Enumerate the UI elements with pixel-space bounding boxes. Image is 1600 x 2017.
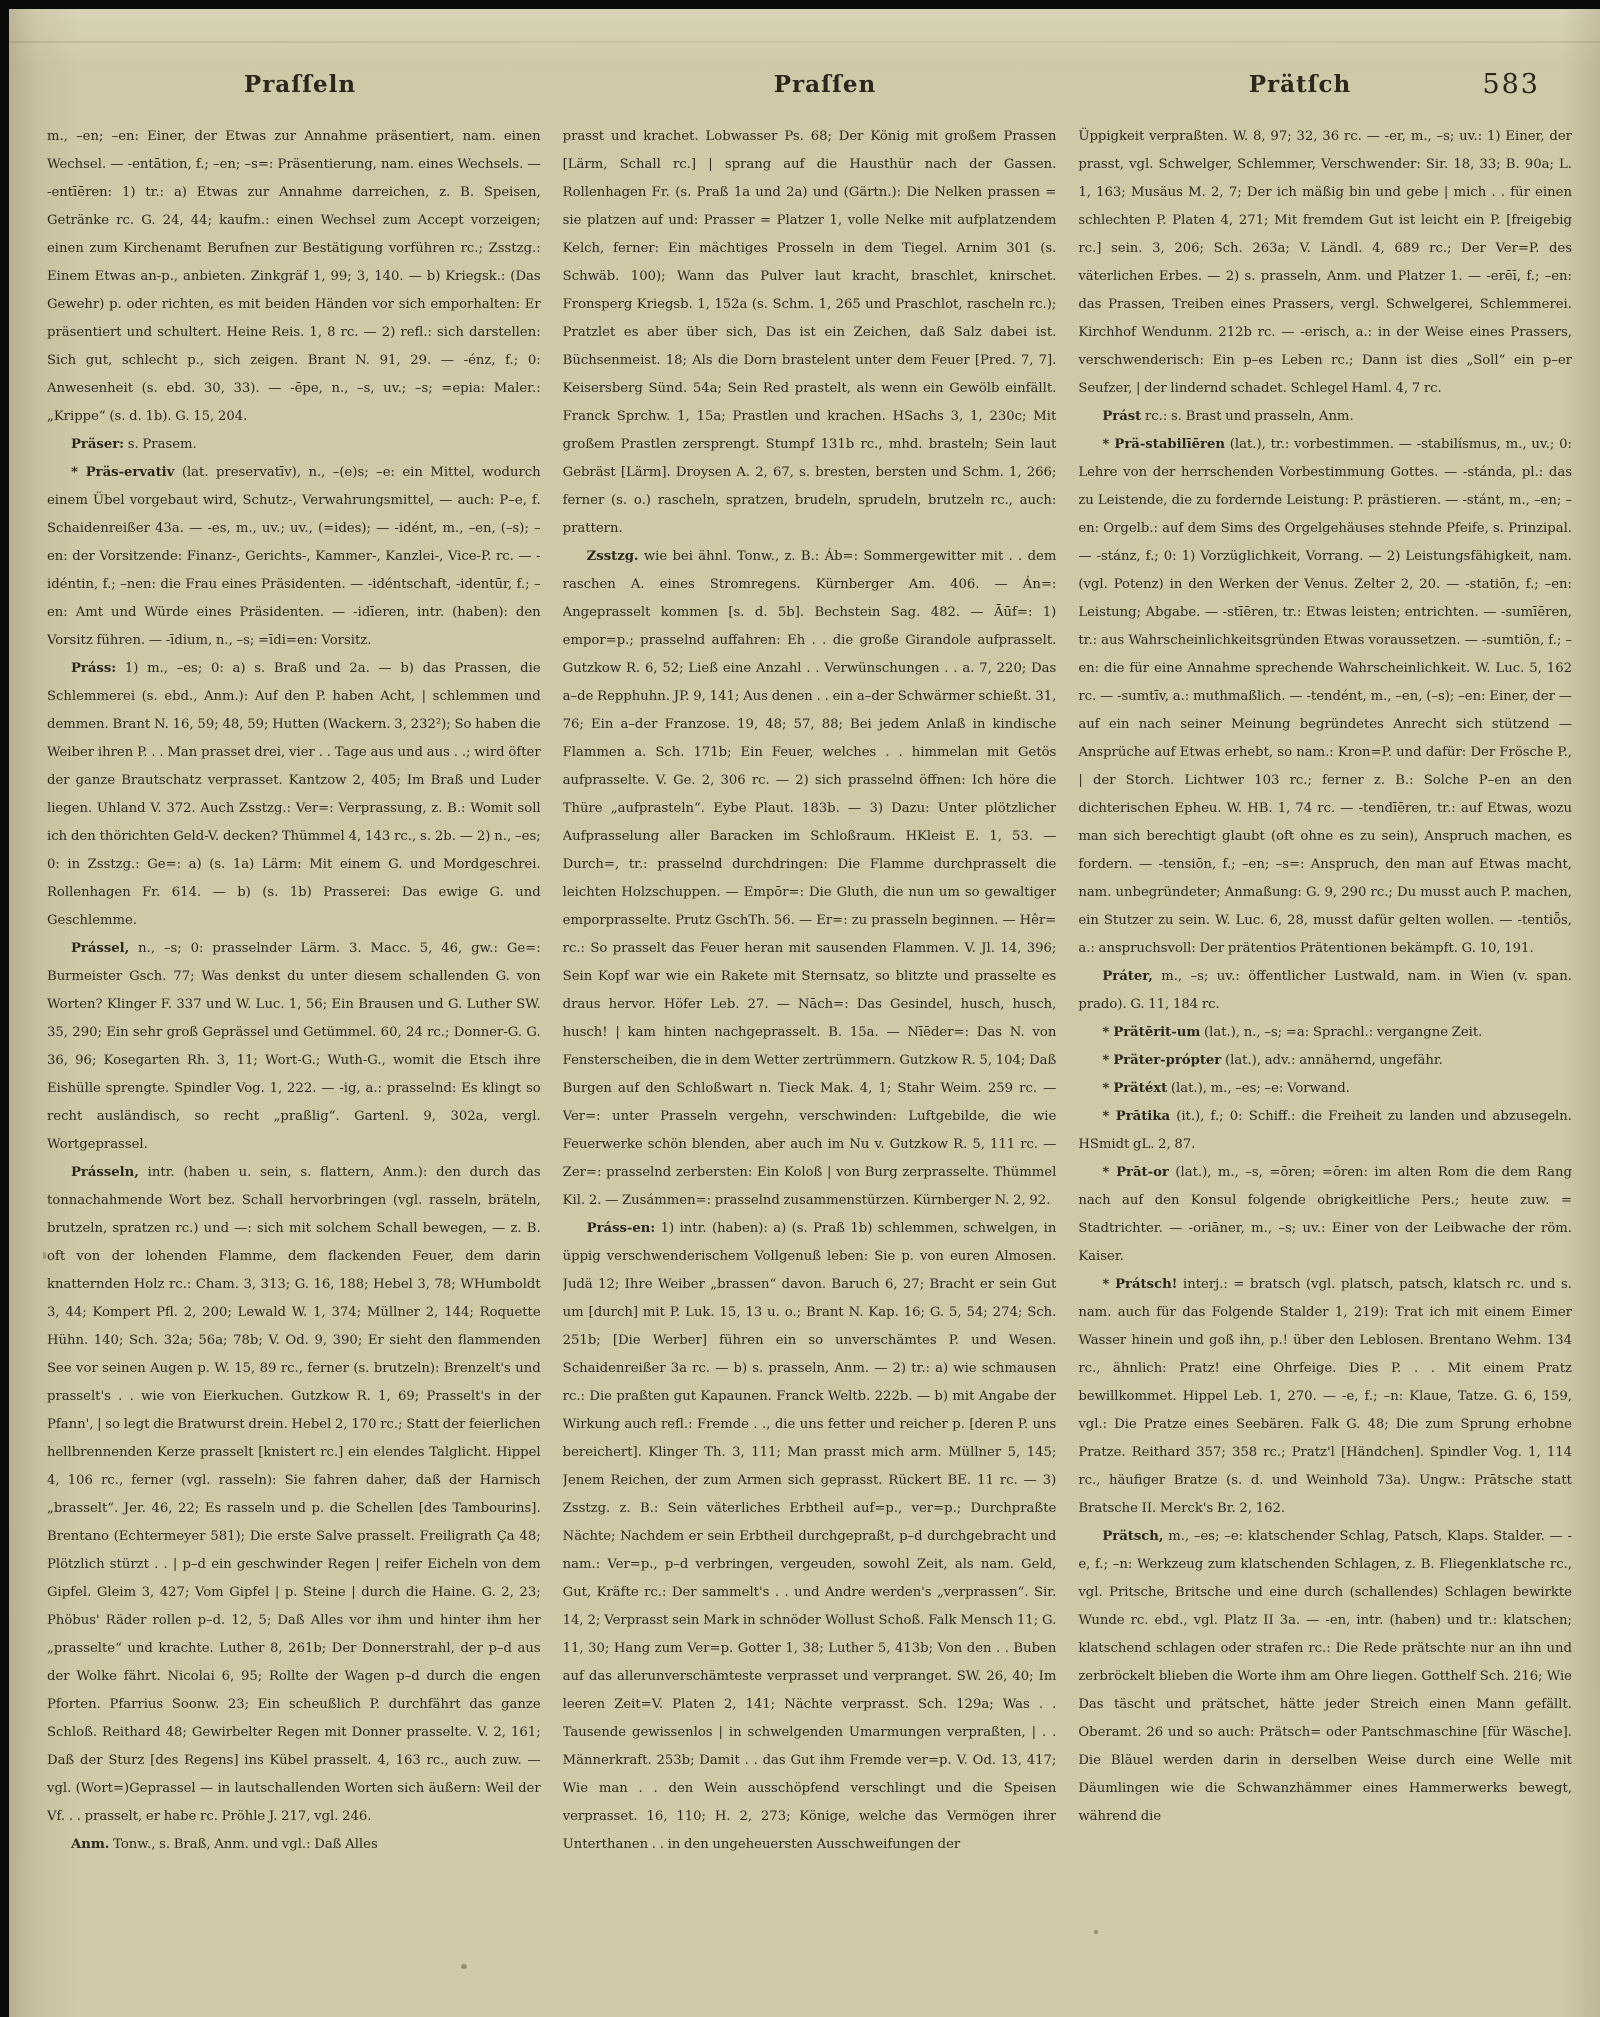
entry-headword: * Prāt-or bbox=[1102, 1165, 1175, 1180]
entry-headword: * Prátsch! bbox=[1102, 1277, 1183, 1292]
paragraph-text: (lat.), adv.: annähernd, ungefähr. bbox=[1225, 1053, 1443, 1068]
entry-headword: Práss-en: bbox=[587, 1221, 661, 1236]
paragraph-text: s. Prasem. bbox=[128, 437, 197, 452]
paragraph: Prätsch,m., –es; –e: klatschender Schlag… bbox=[1078, 1523, 1572, 1831]
entry-headword: * Präs-ervativ bbox=[71, 465, 182, 480]
text-column-2: prasst und krachet. Lobwasser Ps. 68; De… bbox=[563, 123, 1057, 1923]
paragraph: Práss:1) m., –es; 0: a) s. Braß und 2a. … bbox=[47, 655, 541, 935]
page-number: 583 bbox=[1482, 69, 1540, 100]
running-head-left: Praſſeln bbox=[244, 71, 356, 98]
paragraph: Prássel,n., –s; 0: prasselnder Lärm. 3. … bbox=[47, 935, 541, 1159]
entry-headword: Prást bbox=[1102, 409, 1145, 424]
paragraph-text: rc.: s. Brast und prasseln, Anm. bbox=[1145, 409, 1354, 424]
paragraph: Prásseln,intr. (haben u. sein, s. flatte… bbox=[47, 1159, 541, 1831]
paragraph: prasst und krachet. Lobwasser Ps. 68; De… bbox=[563, 123, 1057, 543]
scan-speck bbox=[43, 1252, 46, 1259]
running-head-center: Praſſen bbox=[774, 71, 876, 98]
paragraph-text: m., –es; –e: klatschender Schlag, Patsch… bbox=[1078, 1529, 1572, 1824]
text-column-3: Üppigkeit verpraßten. W. 8, 97; 32, 36 r… bbox=[1078, 123, 1572, 1923]
entry-headword: Anm. bbox=[71, 1837, 113, 1852]
entry-headword: Prássel, bbox=[71, 941, 138, 956]
paragraph-text: n., –s; 0: prasselnder Lärm. 3. Macc. 5,… bbox=[47, 941, 541, 1152]
paragraph-text: m., –en; –en: Einer, der Etwas zur Annah… bbox=[47, 129, 541, 424]
entry-headword: Prätsch, bbox=[1102, 1529, 1168, 1544]
paragraph-text: intr. (haben u. sein, s. flattern, Anm.)… bbox=[47, 1165, 541, 1824]
paragraph: * Prātika(it.), f.; 0: Schiff.: die Frei… bbox=[1078, 1103, 1572, 1159]
paragraph: * Prāt-or(lat.), m., –s, =ōren; =ōren: i… bbox=[1078, 1159, 1572, 1271]
paragraph: * Prä-stabilīēren(lat.), tr.: vorbestimm… bbox=[1078, 431, 1572, 963]
paragraph: Üppigkeit verpraßten. W. 8, 97; 32, 36 r… bbox=[1078, 123, 1572, 403]
paragraph: m., –en; –en: Einer, der Etwas zur Annah… bbox=[47, 123, 541, 431]
paragraph-text: 1) intr. (haben): a) (s. Praß 1b) schlem… bbox=[563, 1221, 1057, 1852]
scan-speck bbox=[461, 1964, 467, 1969]
paragraph: * Prätērit-um(lat.), n., –s; =a: Sprachl… bbox=[1078, 1019, 1572, 1047]
paragraph: Práter,m., –s; uv.: öffentlicher Lustwal… bbox=[1078, 963, 1572, 1019]
entry-headword: * Präter-própter bbox=[1102, 1053, 1225, 1068]
paragraph-text: wie bei ähnl. Tonw., z. B.: Áb=: Sommerg… bbox=[563, 549, 1057, 1208]
scan-speck bbox=[1094, 1930, 1098, 1934]
paragraph-text: Üppigkeit verpraßten. W. 8, 97; 32, 36 r… bbox=[1078, 129, 1572, 396]
paragraph: * Präs-ervativ(lat. preservatīv), n., –(… bbox=[47, 459, 541, 655]
paragraph: * Prätéxt(lat.), m., –es; –e: Vorwand. bbox=[1078, 1075, 1572, 1103]
paragraph-text: interj.: = bratsch (vgl. platsch, patsch… bbox=[1078, 1277, 1572, 1516]
paragraph-text: (lat.), m., –es; –e: Vorwand. bbox=[1171, 1081, 1350, 1096]
entry-headword: * Prätērit-um bbox=[1102, 1025, 1204, 1040]
running-head-right: Prätſch bbox=[1249, 71, 1352, 98]
text-columns: m., –en; –en: Einer, der Etwas zur Annah… bbox=[47, 123, 1572, 1923]
paragraph: Prástrc.: s. Brast und prasseln, Anm. bbox=[1078, 403, 1572, 431]
paragraph-text: 1) m., –es; 0: a) s. Braß und 2a. — b) d… bbox=[47, 661, 541, 928]
entry-headword: * Prātika bbox=[1102, 1109, 1176, 1124]
paragraph: * Präter-própter(lat.), adv.: annähernd,… bbox=[1078, 1047, 1572, 1075]
paragraph: Zsstzg.wie bei ähnl. Tonw., z. B.: Áb=: … bbox=[563, 543, 1057, 1215]
scanned-page: Praſſeln Praſſen Prätſch 583 m., –en; –e… bbox=[9, 9, 1600, 2017]
entry-headword: * Prätéxt bbox=[1102, 1081, 1171, 1096]
paragraph-text: (lat.), tr.: vorbestimmen. — -stabilísmu… bbox=[1078, 437, 1572, 956]
paragraph: Anm.Tonw., s. Braß, Anm. und vgl.: Daß A… bbox=[47, 1831, 541, 1859]
entry-headword: Zsstzg. bbox=[587, 549, 644, 564]
paragraph-text: (lat. preservatīv), n., –(e)s; –e: ein M… bbox=[47, 465, 541, 648]
paragraph: Präser:s. Prasem. bbox=[47, 431, 541, 459]
entry-headword: Práter, bbox=[1102, 969, 1161, 984]
paragraph-text: (lat.), n., –s; =a: Sprachl.: vergangne … bbox=[1204, 1025, 1482, 1040]
entry-headword: Prásseln, bbox=[71, 1165, 148, 1180]
paragraph-text: Tonw., s. Braß, Anm. und vgl.: Daß Alles bbox=[113, 1837, 378, 1852]
entry-headword: Präser: bbox=[71, 437, 128, 452]
entry-headword: Práss: bbox=[71, 661, 125, 676]
text-column-1: m., –en; –en: Einer, der Etwas zur Annah… bbox=[47, 123, 541, 1923]
paragraph: * Prátsch!interj.: = bratsch (vgl. plats… bbox=[1078, 1271, 1572, 1523]
running-head-row: Praſſeln Praſſen Prätſch 583 bbox=[55, 71, 1552, 105]
paragraph-text: prasst und krachet. Lobwasser Ps. 68; De… bbox=[563, 129, 1057, 536]
paragraph: Práss-en:1) intr. (haben): a) (s. Praß 1… bbox=[563, 1215, 1057, 1859]
entry-headword: * Prä-stabilīēren bbox=[1102, 437, 1229, 452]
